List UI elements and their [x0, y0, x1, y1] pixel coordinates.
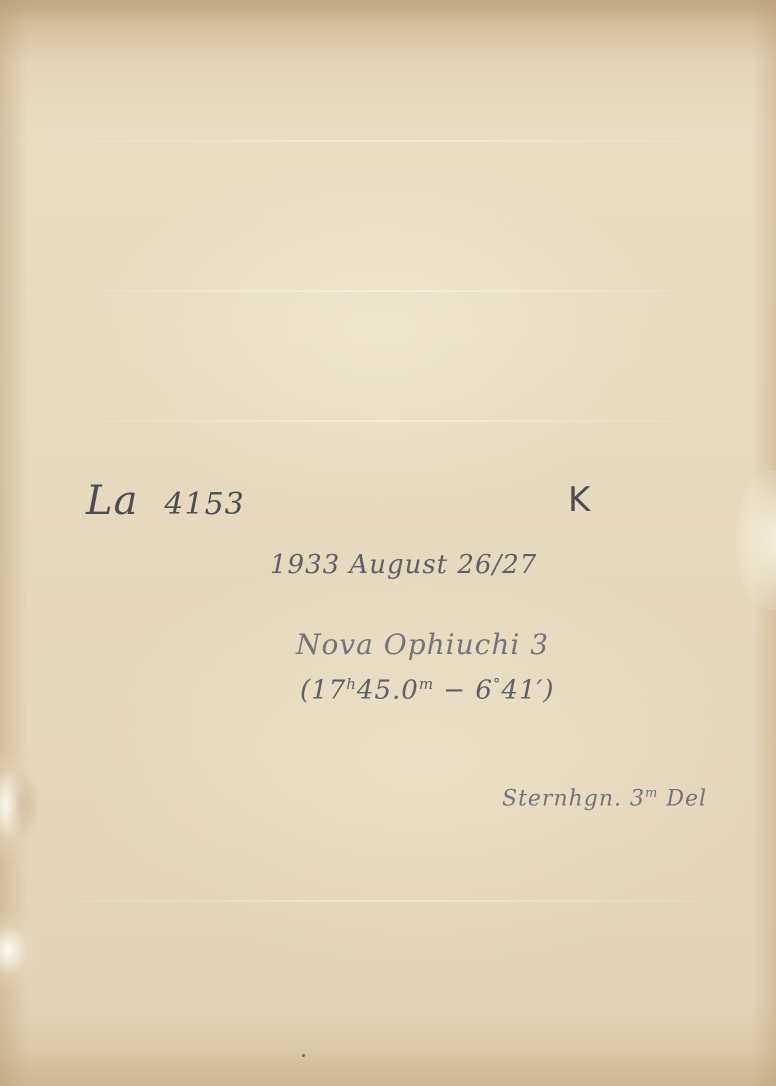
catalog-label: La4153 [86, 478, 245, 524]
exposure-value: 3 [630, 786, 645, 811]
paper-wrinkle [0, 290, 776, 292]
ra-hours-unit: h [346, 675, 357, 693]
top-fold-band [0, 0, 776, 60]
exposure-note: Sternhgn. 3m Del [502, 786, 707, 811]
envelope-sheet: La4153 K 1933 August 26/27 Nova Ophiuchi… [0, 0, 776, 1086]
coordinates: (17h45.0m − 6°41′) [300, 675, 555, 706]
catalog-prefix: La [86, 478, 138, 524]
dec-degrees: 6 [475, 676, 493, 706]
exposure-unit: m [645, 786, 658, 801]
catalog-number: 4153 [164, 487, 244, 522]
coords-separator: − [434, 676, 475, 706]
ra-minutes: 45.0 [357, 676, 419, 706]
bottom-fold-band [0, 1016, 776, 1086]
dec-minutes: 41 [501, 676, 536, 706]
right-translucent-tab [736, 470, 776, 610]
paper-wrinkle [0, 900, 776, 902]
paper-wrinkle [0, 140, 776, 142]
paper-speck [302, 1054, 305, 1057]
paper-wrinkle [0, 420, 776, 422]
exposure-suffix: Del [666, 786, 707, 811]
plate-mark: K [568, 480, 591, 520]
observation-date: 1933 August 26/27 [270, 550, 537, 580]
coords-close: ) [543, 676, 554, 706]
left-stain [4, 770, 40, 840]
left-tear-mark [0, 910, 40, 990]
coords-open: ( [300, 676, 311, 706]
ra-hours: 17 [311, 676, 346, 706]
exposure-label: Sternhgn. [502, 786, 622, 811]
ra-minutes-unit: m [419, 675, 434, 693]
object-name: Nova Ophiuchi 3 [296, 628, 549, 661]
